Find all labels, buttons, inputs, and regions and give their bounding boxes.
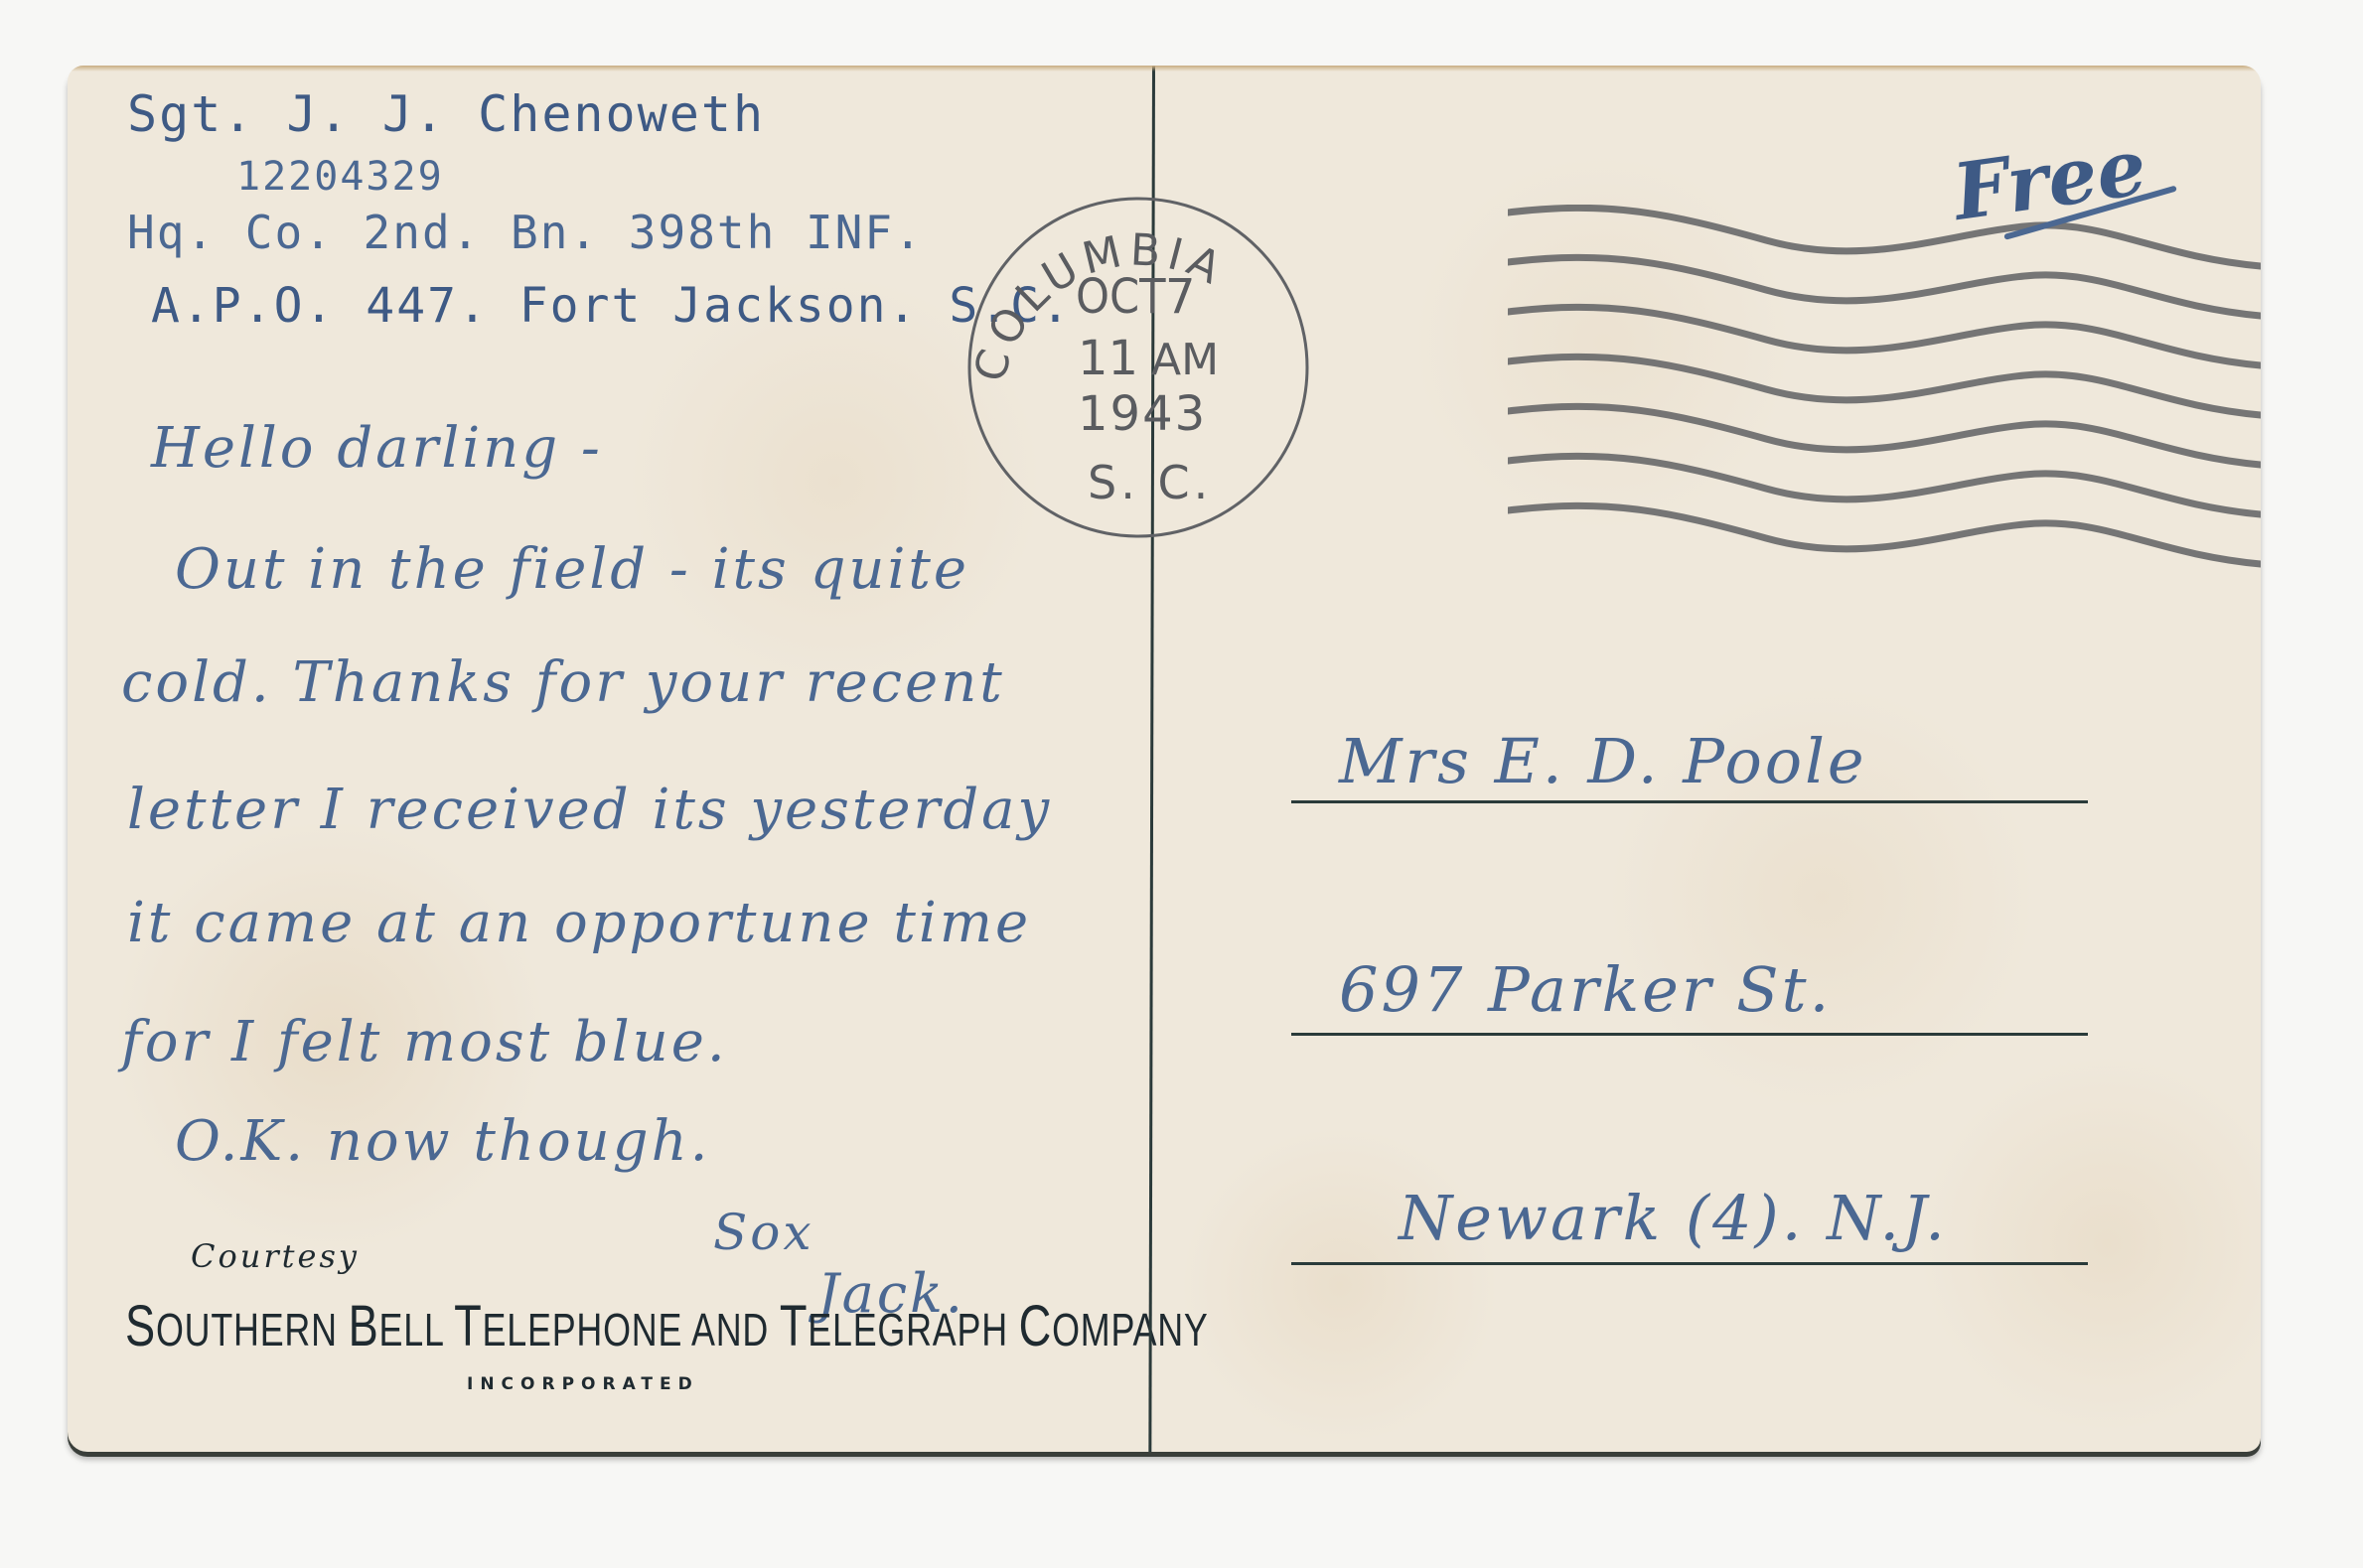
postcard: Sgt. J. J. Chenoweth 12204329 Hq. Co. 2n… [68, 66, 2261, 1452]
address-line-1 [1291, 800, 2088, 803]
postmark-state: S. C. [1088, 456, 1212, 509]
address-line-2 [1291, 1033, 2088, 1036]
recipient-street: 697 Parker St. [1339, 959, 1832, 1021]
postmark-day: 7 [1165, 269, 1196, 325]
address-line-3 [1291, 1262, 2088, 1265]
recipient-name: Mrs E. D. Poole [1339, 731, 1867, 792]
message-line: cold. Thanks for your recent [121, 655, 1005, 711]
postmark-ampm: AM [1151, 335, 1219, 385]
recipient-city-state: Newark (4). N.J. [1399, 1188, 1948, 1249]
postmark-year: 1943 [1078, 386, 1207, 442]
courtesy-label: Courtesy [191, 1237, 360, 1275]
message-line: O.K. now though. [175, 1114, 710, 1170]
company-incorporated: INCORPORATED [467, 1374, 699, 1394]
sender-unit: Hq. Co. 2nd. Bn. 398th INF. [127, 210, 924, 255]
message-line: letter I received its yesterday [127, 783, 1052, 838]
message-greeting: Hello darling - [151, 421, 603, 477]
message-line: Out in the field - its quite [175, 542, 969, 598]
postmark-hour: 11 [1078, 331, 1138, 386]
message-closing: Sox [713, 1208, 814, 1257]
message-line: it came at an opportune time [127, 896, 1031, 951]
company-name: SOUTHERN BELL TELEPHONE AND TELEGRAPH CO… [125, 1293, 1209, 1359]
message-line: for I felt most blue. [121, 1015, 728, 1070]
cancellation-lines-icon [1508, 205, 2261, 622]
postmark-month: OCT [1076, 269, 1166, 325]
sender-serial: 12204329 [236, 157, 444, 197]
sender-apo: A.P.O. 447. Fort Jackson. S.C. [151, 282, 1072, 330]
postmark-icon: COLUMBIA OCT 7 11 AM 1943 S. C. [966, 196, 1310, 539]
sender-name: Sgt. J. J. Chenoweth [127, 89, 765, 139]
